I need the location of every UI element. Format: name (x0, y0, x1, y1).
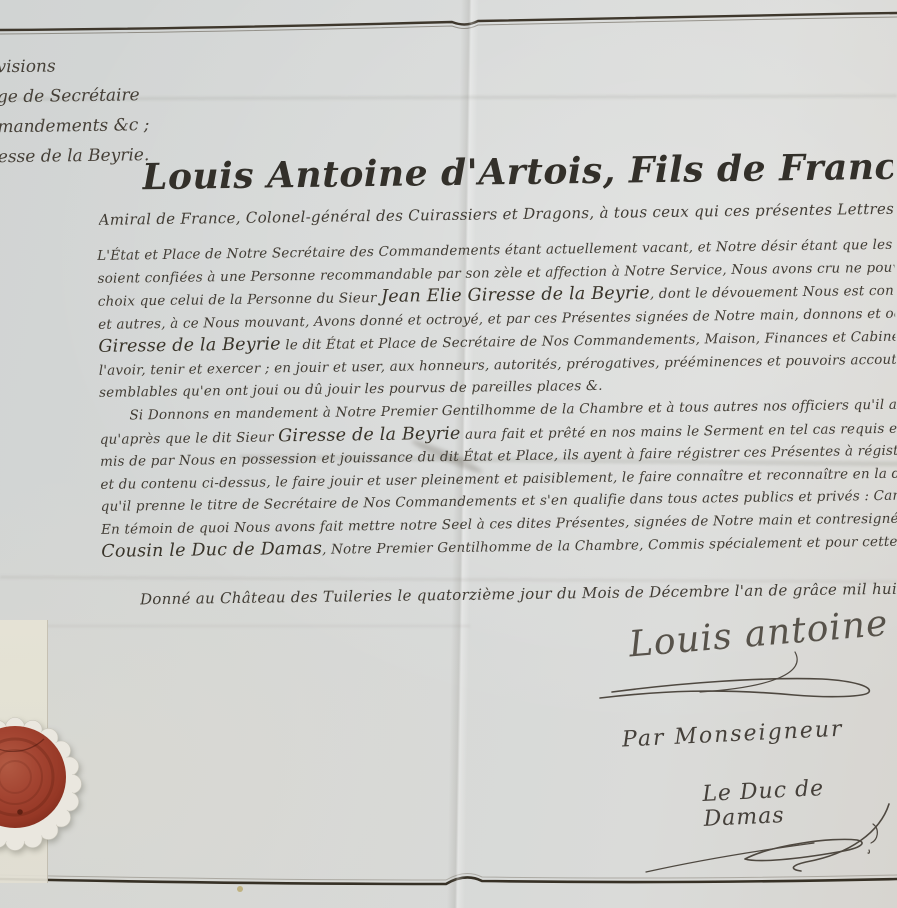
body-paragraph-1: L'État et Place de Notre Secrétaire des … (97, 234, 896, 405)
margin-note-line: ge de Secrétaire (0, 80, 167, 112)
royal-signature: Louis antoine (627, 603, 890, 666)
manuscript-photo: visionsge de Secrétairemandements &c ;es… (0, 0, 897, 908)
document-title: Louis Antoine d'Artois, Fils de France, … (142, 146, 894, 198)
highlighted-name: Jean Elie Giresse de la Beyrie (381, 283, 650, 307)
margin-annotation: visionsge de Secrétairemandements &c ;es… (0, 50, 168, 172)
margin-note-line: mandements &c ; (0, 110, 168, 142)
seal-hole (17, 809, 23, 815)
date-line: Donné au Château des Tuileries le quator… (140, 580, 897, 609)
body-paragraph-2: Si Donnons en mandement à Notre Premier … (99, 394, 897, 565)
countersign-name: Le Duc de Damas (702, 772, 897, 832)
text-layer: visionsge de Secrétairemandements &c ;es… (0, 0, 897, 908)
highlighted-name: Giresse de la Beyrie (98, 334, 281, 357)
wax-seal (0, 706, 94, 866)
highlighted-name: Cousin le Duc de Damas (101, 539, 322, 562)
document-subtitle: Amiral de France, Colonel-général des Cu… (99, 200, 894, 229)
highlighted-name: Giresse de la Beyrie (278, 423, 461, 446)
margin-note-line: visions (0, 50, 167, 82)
countersign-par: Par Monseigneur (621, 717, 844, 753)
